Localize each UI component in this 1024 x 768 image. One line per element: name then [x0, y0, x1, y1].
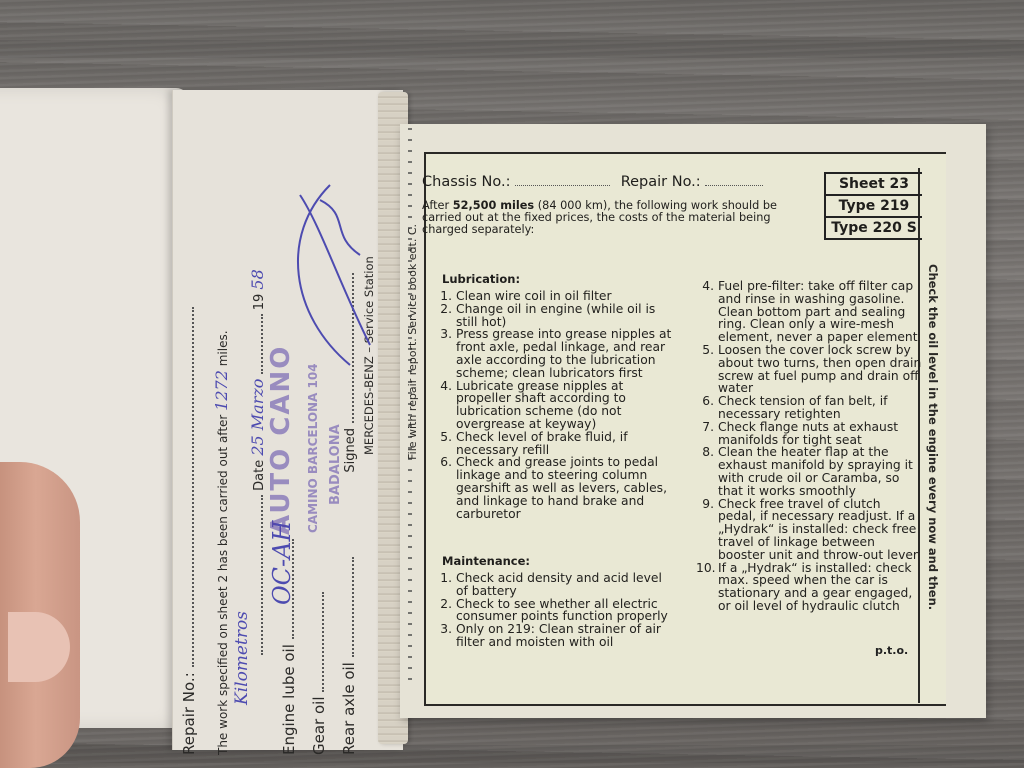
sheet-type-box: Sheet 23 Type 219 Type 220 S [824, 172, 922, 240]
item-text: If a „Hydrak“ is installed: check max. s… [718, 561, 912, 613]
thumbnail [8, 612, 70, 682]
date-field [261, 495, 263, 655]
type-220s: Type 220 S [826, 218, 922, 238]
gear-oil-field [322, 592, 324, 692]
date-label: Date [252, 460, 267, 491]
item-number: 3. [434, 623, 452, 636]
rear-axle-oil-field [352, 557, 354, 657]
maintenance-heading: Maintenance: [442, 554, 530, 568]
lubrication-heading: Lubrication: [442, 272, 520, 286]
oil-check-note: Check the oil level in the engine every … [926, 264, 940, 610]
wood-grain [0, 745, 1024, 763]
wood-grain [0, 40, 1024, 58]
list-item: 1.Check acid density and acid level of b… [434, 572, 674, 598]
list-item: 6.Check tension of fan belt, if necessar… [696, 395, 922, 421]
repair-no-line: Repair No.: [180, 307, 198, 755]
signature-scribble [290, 175, 380, 375]
chassis-repair-line: Chassis No.: Repair No.: [422, 174, 763, 190]
item-number: 2. [434, 303, 452, 316]
item-number: 1. [434, 572, 452, 585]
mileage-handwritten: 1272 [212, 370, 231, 411]
item-text: Press grease into grease nipples at fron… [456, 327, 671, 379]
item-number: 5. [434, 431, 452, 444]
list-item: 5.Loosen the cover lock screw by about t… [696, 344, 922, 395]
list-item: 9.Check free travel of clutch pedal, if … [696, 498, 922, 562]
item-text: Check tension of fan belt, if necessary … [718, 394, 887, 421]
list-item: 10.If a „Hydrak“ is installed: check max… [696, 562, 922, 613]
sheet-number: Sheet 23 [826, 174, 922, 196]
item-number: 3. [434, 328, 452, 341]
item-text: Check and grease joints to pedal linkage… [456, 455, 667, 520]
thumb [0, 462, 80, 768]
item-number: 8. [696, 446, 714, 459]
list-item: 4.Lubricate grease nipples at propeller … [434, 380, 674, 431]
item-number: 4. [434, 380, 452, 393]
printed-service-sheet: File with repair report. Service book ed… [400, 124, 986, 718]
list-item: 3.Press grease into grease nipples at fr… [434, 328, 674, 379]
gear-oil-label: Gear oil [310, 697, 328, 756]
type-219: Type 219 [826, 196, 922, 218]
please-turn-over: p.t.o. [875, 644, 908, 657]
dealer-stamp-address: CAMINO BARCELONA 104 [306, 363, 320, 533]
item-text: Clean the heater flap at the exhaust man… [718, 445, 913, 497]
item-text: Check to see whether all electric consum… [456, 597, 668, 624]
maintenance-list: 1.Check acid density and acid level of b… [434, 572, 674, 649]
item-text: Check level of brake fluid, if necessary… [456, 430, 628, 457]
item-text: Lubricate grease nipples at propeller sh… [456, 379, 626, 431]
list-item: 3.Only on 219: Clean strainer of air fil… [434, 623, 674, 649]
item-number: 9. [696, 498, 714, 511]
year-handwritten: 58 [248, 269, 267, 289]
chassis-field [515, 185, 610, 186]
lubrication-list-continued: 4.Fuel pre-filter: take off filter cap a… [696, 280, 922, 613]
dealer-stamp-city: BADALONA [328, 424, 343, 505]
statement-line: The work specified on sheet 2 has been c… [212, 330, 231, 755]
item-text: Only on 219: Clean strainer of air filte… [456, 622, 661, 649]
item-number: 4. [696, 280, 714, 293]
year-prefix: 19 [252, 294, 267, 311]
item-number: 1. [434, 290, 452, 303]
item-number: 10. [696, 562, 714, 575]
item-text: Check free travel of clutch pedal, if ne… [718, 497, 918, 562]
item-number: 6. [696, 395, 714, 408]
date-field-2 [261, 314, 263, 374]
handwritten-note: Kilometros [232, 611, 252, 705]
list-item: 6.Check and grease joints to pedal linka… [434, 456, 674, 520]
list-item: 5.Check level of brake fluid, if necessa… [434, 431, 674, 457]
show-through-stamp [50, 198, 110, 378]
item-number: 7. [696, 421, 714, 434]
repair-field [705, 185, 763, 186]
signed-label: Signed [343, 428, 358, 473]
repair-label: Repair No.: [621, 174, 701, 190]
list-item: 7.Check flange nuts at exhaust manifolds… [696, 421, 922, 447]
item-number: 6. [434, 456, 452, 469]
item-number: 5. [696, 344, 714, 357]
list-item: 4.Fuel pre-filter: take off filter cap a… [696, 280, 922, 344]
item-text: Check flange nuts at exhaust manifolds f… [718, 420, 898, 447]
item-text: Fuel pre-filter: take off filter cap and… [718, 279, 918, 344]
file-note: File with repair report. Service book ed… [406, 224, 419, 460]
gear-oil-line: Gear oil [310, 592, 328, 755]
date-line: Date 25 Marzo 19 58 [248, 269, 267, 655]
item-number: 2. [434, 598, 452, 611]
item-text: Check acid density and acid level of bat… [456, 571, 662, 598]
list-item: 2.Check to see whether all electric cons… [434, 598, 674, 624]
date-handwritten: 25 Marzo [248, 379, 267, 456]
list-item: 2.Change oil in engine (while oil is sti… [434, 303, 674, 329]
intro-text: After 52,500 miles (84 000 km), the foll… [422, 200, 792, 236]
list-item: 8.Clean the heater flap at the exhaust m… [696, 446, 922, 497]
statement-prefix: The work specified on sheet 2 has been c… [216, 415, 230, 755]
statement-suffix: miles. [216, 330, 230, 366]
repair-no-label: Repair No.: [180, 672, 198, 755]
item-text: Loosen the cover lock screw by about two… [718, 343, 921, 395]
engine-lube-oil-label: Engine lube oil [280, 644, 298, 755]
lubrication-list: 1.Clean wire coil in oil filter2.Change … [434, 290, 674, 520]
rear-axle-oil-label: Rear axle oil [340, 662, 358, 755]
item-text: Change oil in engine (while oil is still… [456, 302, 655, 329]
chassis-label: Chassis No.: [422, 174, 510, 190]
repair-no-field [192, 307, 194, 667]
stub-page-content: Repair No.: The work specified on sheet … [170, 115, 380, 755]
